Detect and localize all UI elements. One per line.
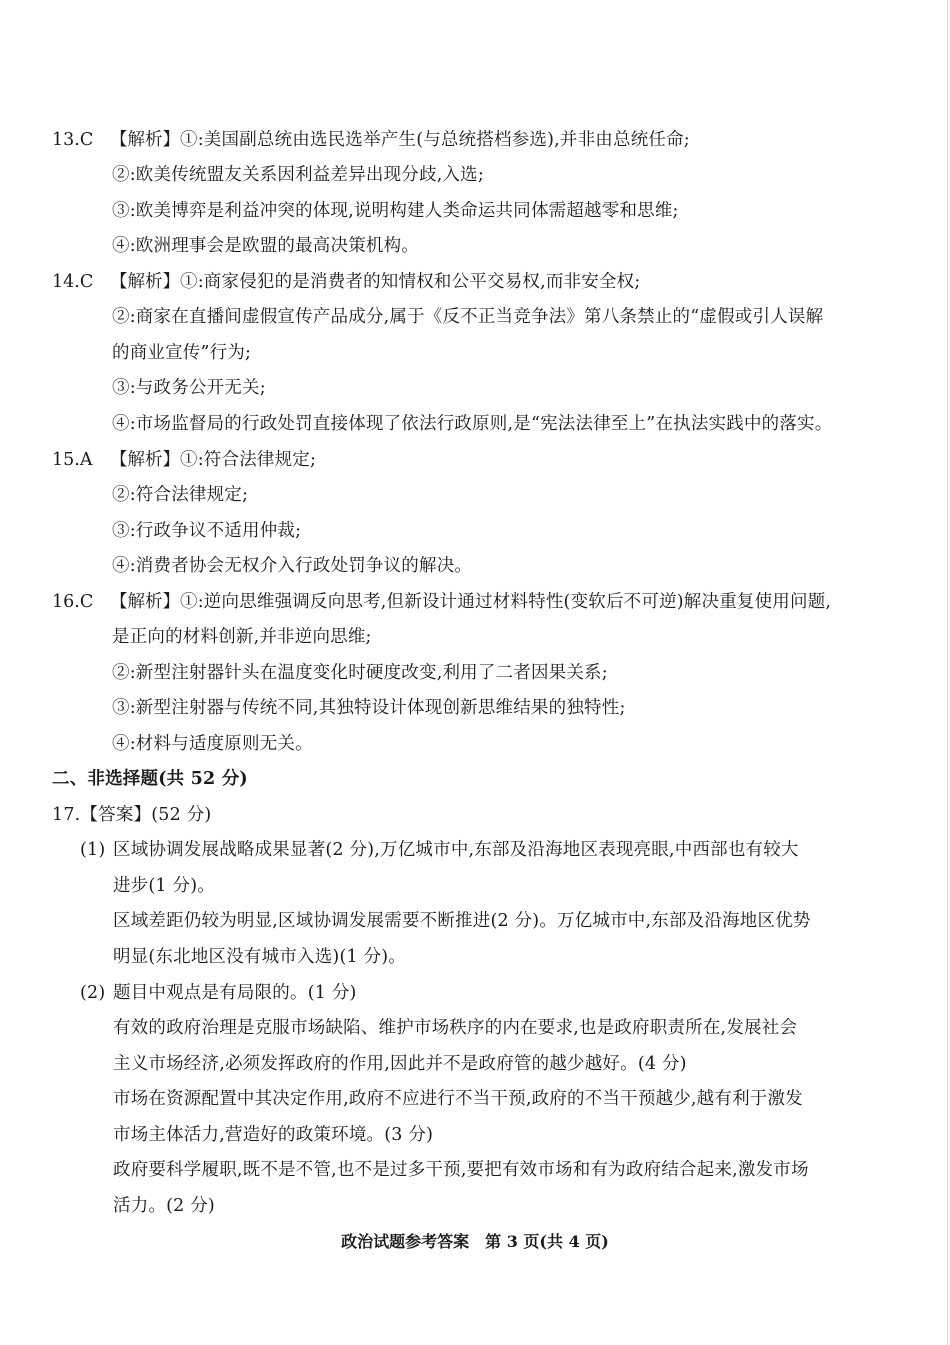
analysis-line: 是正向的材料创新,并非逆向思维;	[112, 626, 372, 648]
footer-title: 政治试题参考答案	[341, 1232, 469, 1251]
question-17-header: 17.【答案】(52 分)	[52, 804, 211, 826]
analysis-tag: 【解析】	[110, 592, 180, 612]
analysis-line: 的商业宣传”行为;	[112, 342, 251, 364]
answer-line: 区域差距仍较为明显,区域协调发展需要不断推进(2 分)。万亿城市中,东部及沿海地…	[113, 910, 811, 932]
answer-line: 有效的政府治理是克服市场缺陷、维护市场秩序的内在要求,也是政府职责所在,发展社会	[113, 1017, 797, 1039]
answer-line: 市场在资源配置中其决定作用,政府不应进行不当干预,政府的不当干预越少,越有利于激…	[113, 1088, 803, 1110]
page-footer: 政治试题参考答案第 3 页(共 4 页)	[0, 1231, 950, 1253]
scan-edge-line	[947, 0, 948, 1345]
answer-line: 题目中观点是有局限的。(1 分)	[113, 983, 357, 1003]
answer-line: 政府要科学履职,既不是不管,也不是过多干预,要把有效市场和有为政府结合起来,激发…	[113, 1159, 809, 1181]
question-number: 15.A	[52, 449, 110, 471]
analysis-line: ②:新型注射器针头在温度变化时硬度改变,利用了二者因果关系;	[112, 662, 608, 684]
part-label: (2)	[80, 982, 113, 1004]
analysis-line: ③:新型注射器与传统不同,其独特设计体现创新思维结果的独特性;	[112, 697, 626, 719]
section-heading: 二、非选择题(共 52 分)	[52, 768, 248, 790]
part-2-first-line: (2)题目中观点是有局限的。(1 分)	[80, 982, 357, 1004]
analysis-tag: 【解析】	[110, 272, 180, 292]
question-number: 14.C	[52, 271, 110, 293]
question-14-first-line: 14.C【解析】①:商家侵犯的是消费者的知情权和公平交易权,而非安全权;	[52, 271, 640, 293]
question-15-first-line: 15.A【解析】①:符合法律规定;	[52, 449, 316, 471]
answer-line: 明显(东北地区没有城市入选)(1 分)。	[113, 946, 406, 968]
analysis-line: ②:商家在直播间虚假宣传产品成分,属于《反不正当竞争法》第八条禁止的“虚假或引人…	[112, 306, 823, 328]
document-page: 13.C【解析】①:美国副总统由选民选举产生(与总统搭档参选),并非由总统任命;…	[0, 0, 950, 1345]
answer-line: 进步(1 分)。	[113, 875, 215, 897]
answer-line: 活力。(2 分)	[113, 1195, 215, 1217]
answer-line: 区域协调发展战略成果显著(2 分),万亿城市中,东部及沿海地区表现亮眼,中西部也…	[113, 840, 799, 860]
analysis-line: ③:行政争议不适用仲裁;	[112, 520, 301, 542]
question-13-first-line: 13.C【解析】①:美国副总统由选民选举产生(与总统搭档参选),并非由总统任命;	[52, 129, 690, 151]
question-16-first-line: 16.C【解析】①:逆向思维强调反向思考,但新设计通过材料特性(变软后不可逆)解…	[52, 591, 831, 613]
analysis-tag: 【解析】	[110, 450, 180, 470]
page-number: 第 3 页(共 4 页)	[485, 1232, 609, 1251]
analysis-line: ①:符合法律规定;	[180, 450, 316, 470]
part-1-first-line: (1)区域协调发展战略成果显著(2 分),万亿城市中,东部及沿海地区表现亮眼,中…	[80, 839, 799, 861]
analysis-line: ①:美国副总统由选民选举产生(与总统搭档参选),并非由总统任命;	[180, 130, 690, 150]
analysis-line: ①:逆向思维强调反向思考,但新设计通过材料特性(变软后不可逆)解决重复使用问题,	[180, 592, 831, 612]
question-number: 16.C	[52, 591, 110, 613]
analysis-line: ④:市场监督局的行政处罚直接体现了依法行政原则,是“宪法法律至上”在执法实践中的…	[112, 413, 832, 435]
analysis-line: ④:材料与适度原则无关。	[112, 733, 313, 755]
analysis-tag: 【解析】	[110, 130, 180, 150]
analysis-line: ②:欧美传统盟友关系因利益差异出现分歧,入选;	[112, 164, 484, 186]
answer-line: 主义市场经济,必须发挥政府的作用,因此并不是政府管的越少越好。(4 分)	[113, 1053, 687, 1075]
part-label: (1)	[80, 839, 113, 861]
analysis-line: ③:欧美博弈是利益冲突的体现,说明构建人类命运共同体需超越零和思维;	[112, 200, 679, 222]
analysis-line: ④:欧洲理事会是欧盟的最高决策机构。	[112, 235, 419, 257]
answer-line: 市场主体活力,营造好的政策环境。(3 分)	[113, 1124, 433, 1146]
analysis-line: ②:符合法律规定;	[112, 484, 248, 506]
question-number: 13.C	[52, 129, 110, 151]
analysis-line: ①:商家侵犯的是消费者的知情权和公平交易权,而非安全权;	[180, 272, 640, 292]
analysis-line: ④:消费者协会无权介入行政处罚争议的解决。	[112, 555, 472, 577]
analysis-line: ③:与政务公开无关;	[112, 377, 266, 399]
